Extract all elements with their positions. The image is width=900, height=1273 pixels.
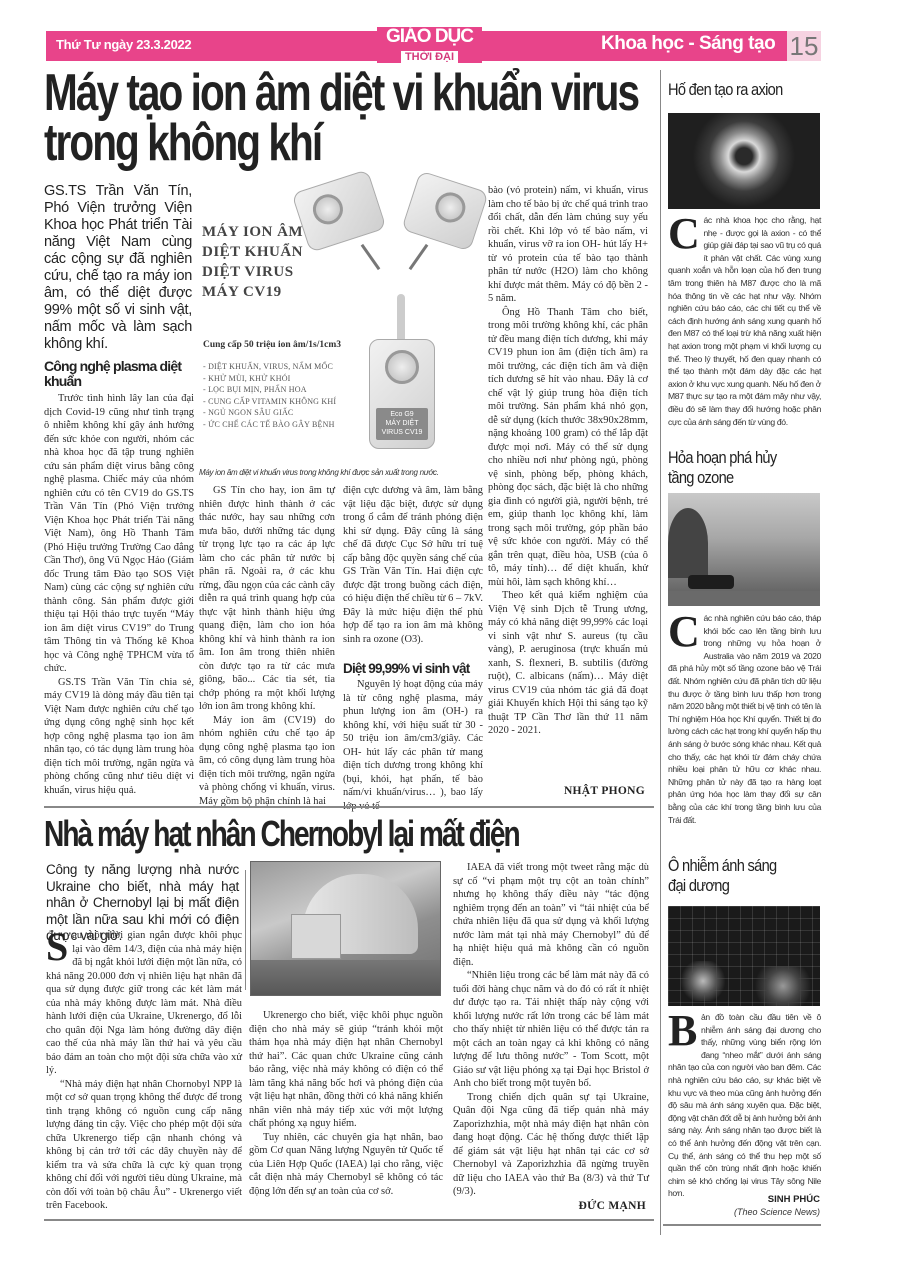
city-lights — [678, 961, 728, 1001]
dial-icon — [385, 350, 419, 384]
column-rule — [245, 870, 246, 990]
ground — [251, 960, 441, 996]
article1-byline: NHẬT PHONG — [488, 785, 645, 797]
sidebar-title-black-hole: Hố đen tạo ra axion — [668, 80, 783, 100]
device-label-line: VIRUS CV19 — [376, 428, 428, 437]
feature-item: - DIỆT KHUẨN, VIRUS, NẤM MỐC — [203, 361, 336, 373]
article1-title-line2: trong không khí — [44, 118, 638, 168]
article1-col2: GS Tín cho hay, ion âm tự nhiên được hìn… — [199, 484, 335, 808]
product-image-title: MÁY ION ÂM DIỆT KHUẨN DIỆT VIRUS MÁY CV1… — [202, 222, 303, 302]
title-line: Hỏa hoạn phá hủy — [668, 448, 776, 468]
sidebar-byline: SINH PHÚC — [668, 1194, 820, 1205]
article2-byline: ĐỨC MẠNH — [453, 1200, 646, 1212]
divider — [44, 806, 654, 808]
article1-title: Máy tạo ion âm diệt vi khuẩn virus trong… — [44, 68, 638, 168]
device-label: Eco G9 MÁY DIỆT VIRUS CV19 — [376, 408, 428, 440]
feature-item: - LỌC BỤI MỊN, PHẤN HOA — [203, 384, 336, 396]
paragraph: Máy ion âm (CV19) do nhóm nghiên cứu chế… — [199, 714, 335, 809]
product-title-line: MÁY CV19 — [202, 282, 303, 302]
article1-col3b: Nguyên lý hoạt động của máy là từ công n… — [343, 678, 483, 813]
paragraph: Nguyên lý hoạt động của máy là từ công n… — [343, 678, 483, 813]
dropcap: S — [46, 930, 68, 964]
road — [668, 591, 820, 606]
article1-subhead-plasma: Công nghệ plasma diệt khuẩn — [44, 359, 194, 389]
paragraph: bào (vỏ protein) nấm, vi khuẩn, virus là… — [488, 184, 648, 306]
paragraph: IAEA đã viết trong một tweet rằng mặc dù… — [453, 861, 649, 969]
sidebar-text-light-pollution: Bản đồ toàn cầu đầu tiên về ô nhiễm ánh … — [668, 1011, 821, 1200]
title-line: đại dương — [668, 876, 776, 896]
car — [688, 575, 734, 589]
paragraph: “Nhà máy điện hạt nhân Chornobyl NPP là … — [46, 1078, 242, 1213]
product-image: MÁY ION ÂM DIỆT KHUẨN DIỆT VIRUS MÁY CV1… — [199, 184, 482, 474]
logo-bottom-text: THỜI ĐẠI — [401, 51, 458, 64]
sidebar-text-ozone: Các nhà nghiên cứu báo cáo, tháp khói bố… — [668, 612, 821, 826]
paragraph: Trong chiến dịch quân sự tại Ukraine, Qu… — [453, 1091, 649, 1199]
product-spec: Cung cấp 50 triệu ion âm/1s/1cm3 — [203, 340, 341, 350]
feature-item: - KHỬ MÙI, KHỬ KHÓI — [203, 373, 336, 385]
wildfire-image — [668, 493, 820, 606]
paragraph: điện cực dương và âm, làm bằng vật liệu … — [343, 484, 483, 646]
product-title-line: MÁY ION ÂM — [202, 222, 303, 242]
black-hole-image — [668, 113, 820, 209]
feature-item: - NGỦ NGON SÂU GIẤC — [203, 407, 336, 419]
device-brand: Eco G9 — [376, 410, 428, 419]
probe-right — [409, 244, 429, 270]
night-lights-map — [668, 906, 820, 1006]
city-lights — [748, 966, 818, 1006]
paragraph: “Nhiên liệu trong các bể làm mát này đã … — [453, 969, 649, 1091]
newspaper-logo[interactable]: GIÁO DỤC THỜI ĐẠI — [377, 27, 482, 63]
sidebar-source: (Theo Science News) — [668, 1207, 820, 1217]
device-left — [291, 169, 386, 253]
sidebar-rule — [660, 70, 661, 1235]
product-title-line: DIỆT KHUẨN — [202, 242, 303, 262]
product-title-line: DIỆT VIRUS — [202, 262, 303, 282]
title-line: Ô nhiễm ánh sáng — [668, 856, 776, 876]
article2-col3: IAEA đã viết trong một tweet rằng mặc dù… — [453, 861, 649, 1199]
page-number: 15 — [787, 31, 821, 61]
section-title: Khoa học - Sáng tạo — [601, 33, 775, 55]
article1-col3: điện cực dương và âm, làm bằng vật liệu … — [343, 484, 483, 646]
article1-lead: GS.TS Trần Văn Tín, Phó Viện trưởng Viện… — [44, 183, 192, 353]
article2-col1: Sau một thời gian ngắn được khôi phục lạ… — [46, 929, 242, 1213]
article1-col1: Trước tình hình lây lan của đại dịch Cov… — [44, 392, 194, 797]
paragraph: au một thời gian ngắn được khôi phục lại… — [46, 930, 242, 1076]
paragraph: GS Tín cho hay, ion âm tự nhiên được hìn… — [199, 484, 335, 714]
sidebar-text-black-hole: Các nhà khoa học cho rằng, hạt nhẹ - đượ… — [668, 214, 821, 428]
dropcap: C — [668, 614, 699, 650]
product-feature-list: - DIỆT KHUẨN, VIRUS, NẤM MỐC - KHỬ MÙI, … — [203, 361, 336, 430]
feature-item: - CUNG CẤP VITAMIN KHÔNG KHÍ — [203, 396, 336, 408]
article1-title-line1: Máy tạo ion âm diệt vi khuẩn virus — [44, 68, 638, 118]
device-right — [401, 170, 489, 251]
paragraph: GS.TS Trần Văn Tín chia sẻ, máy CV19 là … — [44, 676, 194, 798]
feature-item: - ỨC CHẾ CÁC TẾ BÀO GÂY BỆNH — [203, 419, 336, 431]
logo-top-text: GIÁO DỤC — [377, 27, 482, 47]
product-image-caption: Máy ion âm diệt vi khuẩn virus trong khô… — [199, 468, 489, 477]
article1-subhead-99: Diệt 99,99% vi sinh vật — [343, 661, 488, 676]
issue-date: Thứ Tư ngày 23.3.2022 — [56, 37, 191, 52]
device-label-line: MÁY DIỆT — [376, 419, 428, 428]
dropcap: B — [668, 1013, 697, 1049]
chernobyl-photo — [250, 861, 441, 996]
tree — [668, 508, 708, 578]
divider — [44, 1219, 654, 1221]
sidebar-title-light-pollution: Ô nhiễm ánh sáng đại dương — [668, 856, 776, 896]
article2-title: Nhà máy hạt nhân Chernobyl lại mất điện — [44, 815, 519, 853]
article1-col4: bào (vỏ protein) nấm, vi khuẩn, virus là… — [488, 184, 648, 738]
device-probe — [397, 294, 405, 344]
paragraph: Ukrenergo cho biết, việc khôi phục nguồn… — [249, 1009, 443, 1131]
probe-left — [361, 244, 381, 270]
dial-icon — [431, 189, 469, 227]
title-line: tầng ozone — [668, 468, 776, 488]
sidebar-title-ozone: Hỏa hoạn phá hủy tầng ozone — [668, 448, 776, 488]
paragraph: Theo kết quả kiểm nghiệm của Viện Vệ sin… — [488, 589, 648, 738]
dropcap: C — [668, 216, 699, 252]
reactor-building — [291, 914, 341, 959]
paragraph: Ông Hồ Thanh Tâm cho biết, trong môi trư… — [488, 306, 648, 590]
article2-col2: Ukrenergo cho biết, việc khôi phục nguồn… — [249, 1009, 443, 1198]
paragraph: Trước tình hình lây lan của đại dịch Cov… — [44, 392, 194, 676]
dial-icon — [309, 190, 347, 228]
divider — [663, 1224, 821, 1226]
main-device: Eco G9 MÁY DIỆT VIRUS CV19 — [369, 339, 435, 449]
paragraph: Tuy nhiên, các chuyên gia hạt nhân, bao … — [249, 1131, 443, 1199]
